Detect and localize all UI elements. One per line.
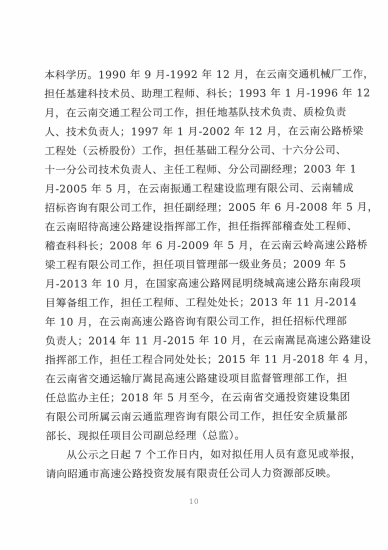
document-line: 目筹备组工作，担任工程师、工程处处长；2013 年 11 月-2014 [45,293,346,313]
document-line: 担任基建科技术员、助理工程师、科长；1993 年 1 月-1996 年 12 [44,84,345,104]
document-line: 从公示之日起 7 个工作日内，如对拟任用人员有意见或举报， [46,445,347,465]
document-line: 负责人；2014 年 11 月-2015 年 10 月，在云南嵩昆高速公路建设 [45,331,346,351]
document-line: 梁工程有限公司工作，担任项目管理部一级业务员；2009 年 5 [45,255,346,275]
document-line: 稽查科科长；2008 年 6 月-2009 年 5 月，在云南云岭高速公路桥 [45,236,346,256]
document-body: 本科学历。1990 年 9 月-1992 年 12 月，在云南交通机械厂工作，担… [44,65,346,484]
scanned-document-page: 本科学历。1990 年 9 月-1992 年 12 月，在云南交通机械厂工作，担… [0,0,388,550]
document-line: 十一分公司技术负责人、主任工程师、分公司副经理；2003 年 1 [45,160,346,180]
document-line: 月-2013 年 10 月，在国家高速公路网昆明绕城高速公路东南段项 [45,274,346,294]
document-line: 有限公司所属云南云通监理咨询有限公司工作，担任安全质量部 [45,407,346,427]
document-line: 月-2005 年 5 月，在云南振通工程建设监理有限公司、云南辅成 [45,179,346,199]
document-line: 本科学历。1990 年 9 月-1992 年 12 月，在云南交通机械厂工作， [44,65,345,85]
document-line: 招标咨询有限公司工作，担任副经理；2005 年 6 月-2008 年 5 月， [45,198,346,218]
document-line: 人、技术负责人；1997 年 1 月-2002 年 12 月，在云南公路桥梁 [44,122,345,142]
page-number: 10 [0,498,388,506]
document-line: 年 10 月，在云南高速公路咨询有限公司工作，担任招标代理部 [45,312,346,332]
document-line: 在云南省交通运输厅嵩昆高速公路建设项目监督管理部工作，担 [45,369,346,389]
document-line: 月，在云南交通工程公司工作，担任地基队技术负责、质检负责 [44,103,345,123]
document-line: 在云南昭待高速公路建设指挥部工作，担任指挥部稽查处工程师、 [45,217,346,237]
document-line: 任总监办主任；2018 年 5 月至今，在云南省交通投资建设集团 [45,388,346,408]
document-line: 工程处（云桥股份）工作，担任基础工程分公司、十六分公司、 [45,141,346,161]
document-line: 指挥部工作，担任工程合同处处长；2015 年 11 月-2018 年 4 月， [45,350,346,370]
document-line: 部长、现拟任项目公司副总经理（总监）。 [46,426,347,446]
document-line: 请向昭通市高速公路投资发展有限责任公司人力资源部反映。 [46,464,347,484]
